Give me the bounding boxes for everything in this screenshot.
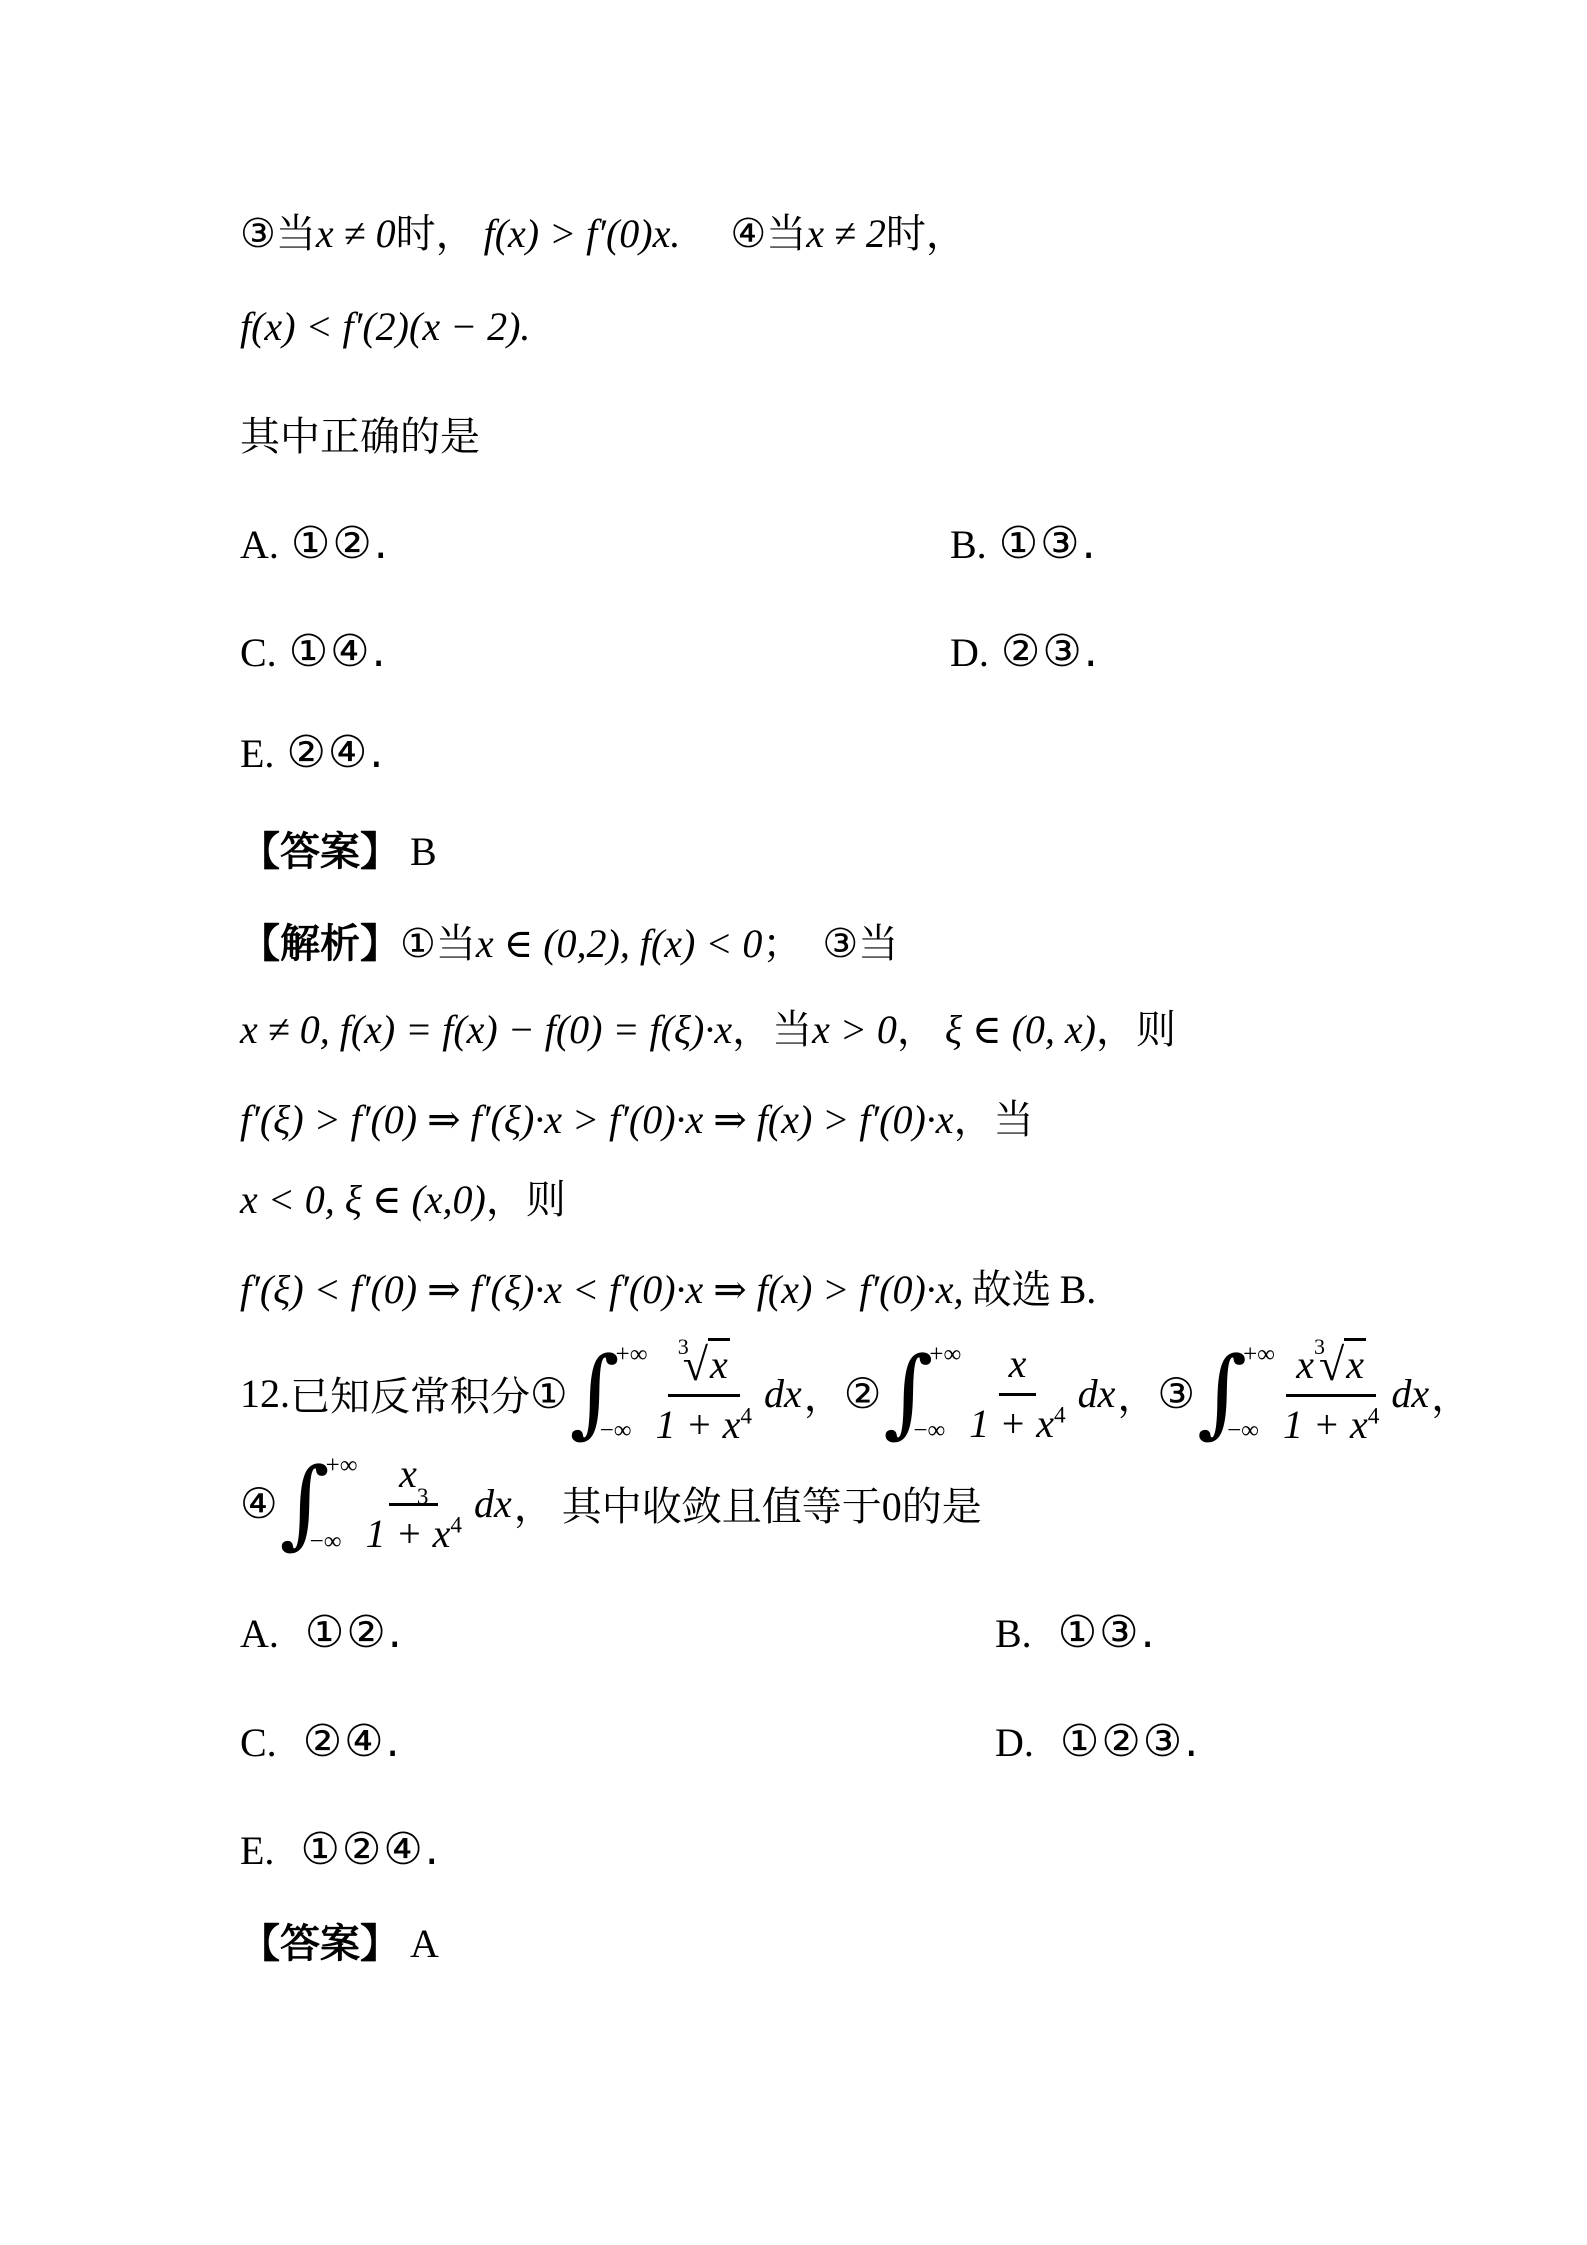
analysis-comma-dang2: ，当 [954,1097,1034,1142]
q11-option-c: C.①④. [240,623,950,682]
numerator: x [999,1340,1037,1396]
q12-option-b: B.①③. [995,1604,1467,1663]
denominator: 1 + x4 [1283,1397,1379,1448]
radicand: x [1344,1338,1366,1388]
analysis-xi-interval: ξ ∈ (0, x) [945,1007,1096,1052]
numerator-prefix: x [1296,1341,1314,1388]
q12-mark-2: ② [844,1369,882,1418]
differential: dx [1078,1370,1116,1417]
q11-analysis-line2: x ≠ 0, f(x) = f(x) − f(0) = f(ξ)·x，当x > … [240,1001,1467,1059]
q12-number: 12. [240,1370,290,1417]
denominator-exponent: 4 [1368,1404,1380,1430]
q11-option-e: E.②④. [240,731,385,776]
q12-options-row1: A.①②. B.①③. [240,1604,1467,1663]
q12-answer-label: 【答案】 [240,1921,400,1966]
integral-limits: +∞ −∞ [326,1452,358,1556]
q11-item4-formula: f(x) < f′(2)(x − 2). [240,304,530,349]
q11-prompt-text: 其中正确的是 [240,414,480,459]
numerator: x3√x [1286,1338,1376,1397]
denominator-exponent: 4 [450,1513,462,1539]
denominator-base: 1 + x [656,1402,741,1447]
integral-1: ∫ +∞ −∞ 3√x 1 + x4 dx [570,1338,802,1448]
q11-item3-condition: x ≠ 0 [316,211,396,256]
q11-option-a-value: ①②. [291,518,390,569]
lower-limit: −∞ [600,1417,648,1445]
q11-answer-line: 【答案】B [240,823,1467,881]
q12-option-b-label: B. [995,1611,1032,1656]
upper-limit: +∞ [929,1341,961,1369]
q11-options-row3: E.②④. [240,724,1467,783]
q12-option-d-value: ①②③. [1060,1716,1200,1767]
q12-intro-text: 已知反常积分 [290,1365,530,1422]
upper-limit: +∞ [326,1452,358,1480]
q11-statement-line2: f(x) < f′(2)(x − 2). [240,298,1467,356]
denominator: 1 + x4 [656,1397,752,1448]
q12-option-e-value: ①②④. [300,1824,440,1875]
q12-separator-1: ， [804,1365,844,1422]
q12-mark-1: ① [530,1369,568,1418]
analysis-semicolon: ； [762,921,802,966]
q11-item4-condition: x ≠ 2 [806,211,886,256]
analysis-x-positive: x > 0 [812,1007,897,1052]
q11-prompt: 其中正确的是 [240,408,1467,466]
differential: dx [1391,1370,1429,1417]
q12-line2: ④ ∫ +∞ −∞ x3 1 + x4 dx ，其中收敛且值等于0的是 [240,1450,1467,1557]
upper-limit: +∞ [1243,1341,1275,1369]
integral-2: ∫ +∞ −∞ x 1 + x4 dx [883,1340,1115,1447]
analysis-comma-ze: ，则 [1096,1007,1176,1052]
q11-analysis-line1: 【解析】①当x ∈ (0,2), f(x) < 0；③当 [240,915,1467,973]
q12-option-e-label: E. [240,1828,274,1873]
fraction: 3√x 1 + x4 [656,1338,752,1448]
q12-intro-line: 12.已知反常积分① ∫ +∞ −∞ 3√x 1 + x4 dx ，② ∫ +∞ [240,1338,1467,1448]
q12-separator-2: ， [1117,1365,1157,1422]
q12-option-d-label: D. [995,1720,1034,1765]
q11-item3-prefix: ③当 [240,211,316,256]
q11-analysis-line5: f′(ξ) < f′(0) ⇒ f′(ξ)·x < f′(0)·x ⇒ f(x)… [240,1261,1467,1319]
q11-option-c-label: C. [240,630,277,675]
q11-option-d-value: ②③. [1001,626,1100,677]
q12-tail-text: 其中收敛且值等于0的是 [562,1475,982,1532]
q11-item3-formula: f(x) > f′(0)x. [484,211,681,256]
fraction: x3√x 1 + x4 [1283,1338,1379,1448]
q11-item4-suffix: 时， [886,211,966,256]
q12-options-row2: C.②④. D.①②③. [240,1713,1467,1772]
q12-mark-3: ③ [1157,1369,1195,1418]
denominator-base: 1 + x [366,1511,451,1556]
analysis-conclusion-choice: B. [1060,1267,1097,1312]
q12-option-a: A.①②. [240,1604,995,1663]
q12-option-c: C.②④. [240,1713,995,1772]
radicand: x [708,1338,730,1388]
q11-analysis-line3: f′(ξ) > f′(0) ⇒ f′(ξ)·x > f′(0)·x ⇒ f(x)… [240,1091,1467,1149]
upper-limit: +∞ [616,1341,648,1369]
integral-limits: +∞ −∞ [929,1341,961,1445]
q11-option-d: D.②③. [950,623,1467,682]
analysis-item1-statement: x ∈ (0,2), f(x) < 0 [476,921,763,966]
q11-options-row1: A.①②. B.①③. [240,515,1467,574]
q12-mark-4: ④ [240,1479,278,1528]
q11-option-b-value: ①③. [999,518,1098,569]
lower-limit: −∞ [310,1528,358,1556]
q11-option-d-label: D. [950,630,989,675]
q12-option-c-value: ②④. [303,1716,402,1767]
analysis-item3-prefix: ③当 [822,921,898,966]
q11-option-c-value: ①④. [289,626,388,677]
q12-option-d: D.①②③. [995,1713,1467,1772]
analysis-conclusion-text: 故选 [972,1267,1052,1312]
analysis-x-negative: x < 0, ξ ∈ (x,0) [240,1177,486,1222]
denominator: 1 + x4 [366,1506,462,1557]
denominator: 1 + x4 [969,1396,1065,1447]
analysis-comma-ze2: ，则 [486,1177,566,1222]
q11-option-a: A.①②. [240,515,950,574]
q12-separator-3: ， [1431,1365,1471,1422]
analysis-implication-chain-negative: f′(ξ) < f′(0) ⇒ f′(ξ)·x < f′(0)·x ⇒ f(x)… [240,1267,964,1312]
denominator-exponent: 4 [1054,1402,1066,1428]
q12-option-e: E.①②④. [240,1828,441,1873]
analysis-comma: ， [897,1007,937,1052]
radical-icon: √ [683,1342,708,1388]
analysis-item1-prefix: ①当 [400,921,476,966]
differential: dx [474,1480,512,1527]
integral-limits: +∞ −∞ [616,1341,648,1445]
numerator-base: x [1009,1340,1027,1387]
fraction: x3 1 + x4 [366,1450,462,1557]
integral-limits: +∞ −∞ [1243,1341,1275,1445]
denominator-exponent: 4 [740,1404,752,1430]
q11-analysis-line4: x < 0, ξ ∈ (x,0)，则 [240,1171,1467,1229]
q11-analysis-label: 【解析】 [240,921,400,966]
q12-separator-4: ， [514,1475,554,1532]
numerator: 3√x [668,1338,740,1397]
q11-option-b: B.①③. [950,515,1467,574]
q11-answer-value: B [410,829,437,874]
q11-statement-line1: ③当x ≠ 0时，f(x) > f′(0)x.④当x ≠ 2时， [240,205,1467,263]
q11-item4-prefix: ④当 [730,211,806,256]
analysis-implication-chain-positive: f′(ξ) > f′(0) ⇒ f′(ξ)·x > f′(0)·x ⇒ f(x)… [240,1097,954,1142]
q11-option-a-label: A. [240,522,279,567]
q12-option-c-label: C. [240,1720,277,1765]
q12-option-a-value: ①②. [305,1607,404,1658]
q12-answer-value: A [410,1921,439,1966]
q11-options-row2: C.①④. D.②③. [240,623,1467,682]
q12-option-a-label: A. [240,1611,279,1656]
numerator-base: x [399,1450,417,1497]
q12-option-b-value: ①③. [1058,1607,1157,1658]
differential: dx [764,1370,802,1417]
fraction: x 1 + x4 [969,1340,1065,1447]
numerator: x3 [389,1450,438,1506]
radical-icon: √ [1319,1342,1344,1388]
denominator-base: 1 + x [1283,1402,1368,1447]
q12-options-row3: E.①②④. [240,1821,1467,1880]
document-page: ③当x ≠ 0时，f(x) > f′(0)x.④当x ≠ 2时， f(x) < … [0,0,1587,2245]
q11-option-e-value: ②④. [286,727,385,778]
denominator-base: 1 + x [969,1401,1054,1446]
q12-answer-line: 【答案】A [240,1915,1467,1973]
integral-4: ∫ +∞ −∞ x3 1 + x4 dx [280,1450,512,1557]
lower-limit: −∞ [1227,1417,1275,1445]
q11-option-b-label: B. [950,522,987,567]
q11-answer-label: 【答案】 [240,829,400,874]
q11-option-e-label: E. [240,731,274,776]
integral-3: ∫ +∞ −∞ x3√x 1 + x4 dx [1197,1338,1429,1448]
lower-limit: −∞ [913,1417,961,1445]
analysis-mvt-equation: x ≠ 0, f(x) = f(x) − f(0) = f(ξ)·x [240,1007,732,1052]
analysis-comma-dang: ，当 [732,1007,812,1052]
q11-item3-suffix: 时， [396,211,476,256]
